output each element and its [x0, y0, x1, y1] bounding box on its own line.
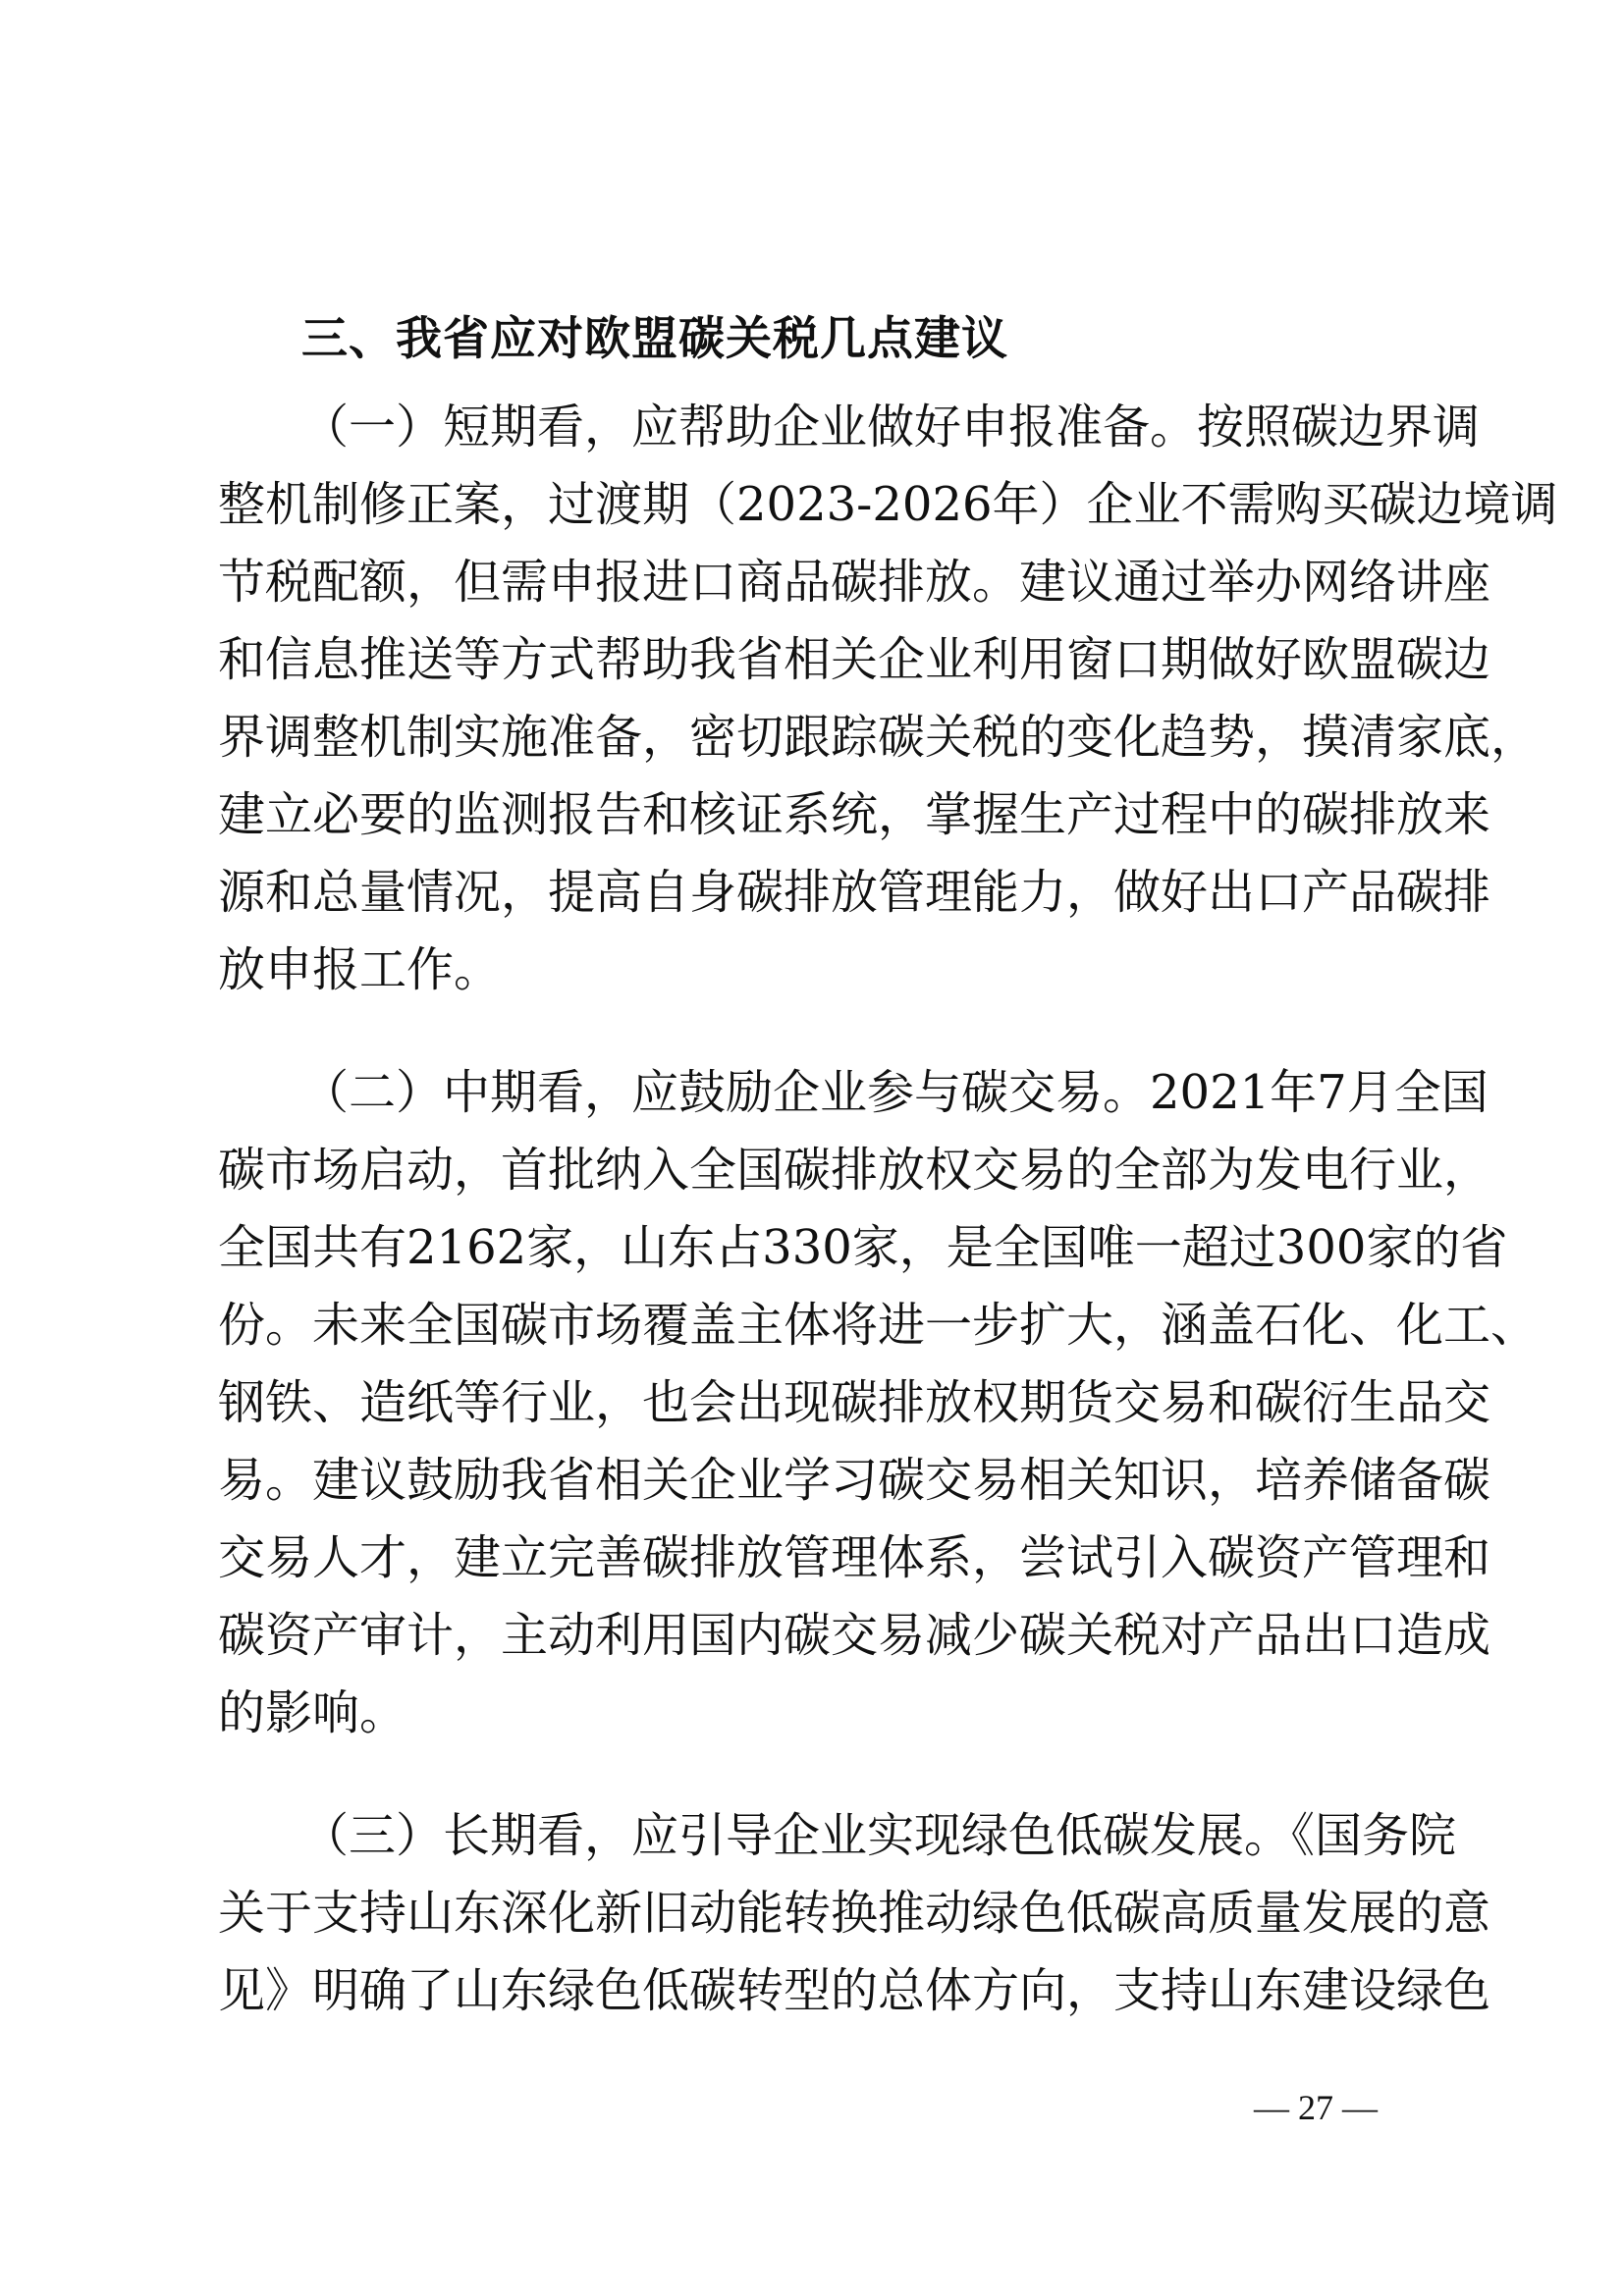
paragraph-2-line: 易。建议鼓励我省相关企业学习碳交易相关知识，培养储备碳: [218, 1453, 1418, 1508]
paragraph-2-line: 份。未来全国碳市场覆盖主体将进一步扩大，涵盖石化、化工、: [218, 1298, 1418, 1353]
paragraph-3-line: 见》明确了山东绿色低碳转型的总体方向，支持山东建设绿色: [218, 1963, 1418, 2018]
paragraph-1-line: 和信息推送等方式帮助我省相关企业利用窗口期做好欧盟碳边: [218, 632, 1418, 687]
page-number: — 27 —: [1254, 2086, 1378, 2129]
paragraph-1-line: 建立必要的监测报告和核证系统，掌握生产过程中的碳排放来: [218, 787, 1418, 842]
paragraph-1-line: 放申报工作。: [218, 942, 1418, 997]
paragraph-1-line: 节税配额，但需申报进口商品碳排放。建议通过举办网络讲座: [218, 555, 1418, 610]
section-heading: 三、我省应对欧盟碳关税几点建议: [301, 312, 1008, 367]
paragraph-1-line: 源和总量情况，提高自身碳排放管理能力，做好出口产品碳排: [218, 865, 1418, 920]
paragraph-2-line: （二）中期看，应鼓励企业参与碳交易。2021年7月全国: [301, 1065, 1418, 1120]
paragraph-2-line: 全国共有2162家，山东占330家，是全国唯一超过300家的省: [218, 1220, 1418, 1275]
paragraph-2-line: 碳资产审计，主动利用国内碳交易减少碳关税对产品出口造成: [218, 1608, 1418, 1663]
paragraph-2-line: 交易人才，建立完善碳排放管理体系，尝试引入碳资产管理和: [218, 1530, 1418, 1585]
paragraph-2-line: 碳市场启动，首批纳入全国碳排放权交易的全部为发电行业，: [218, 1143, 1418, 1198]
paragraph-1-line: （一）短期看，应帮助企业做好申报准备。按照碳边界调: [301, 400, 1418, 454]
paragraph-1-line: 界调整机制实施准备，密切跟踪碳关税的变化趋势，摸清家底，: [218, 710, 1418, 765]
document-page: 三、我省应对欧盟碳关税几点建议 （一）短期看，应帮助企业做好申报准备。按照碳边界…: [0, 0, 1624, 2296]
paragraph-1-line: 整机制修正案，过渡期（2023-2026年）企业不需购买碳边境调: [218, 477, 1418, 532]
paragraph-2-line: 钢铁、造纸等行业，也会出现碳排放权期货交易和碳衍生品交: [218, 1375, 1418, 1430]
paragraph-3-line: （三）长期看，应引导企业实现绿色低碳发展。《国务院: [301, 1808, 1418, 1863]
paragraph-2-line: 的影响。: [218, 1685, 1418, 1740]
paragraph-3-line: 关于支持山东深化新旧动能转换推动绿色低碳高质量发展的意: [218, 1886, 1418, 1941]
